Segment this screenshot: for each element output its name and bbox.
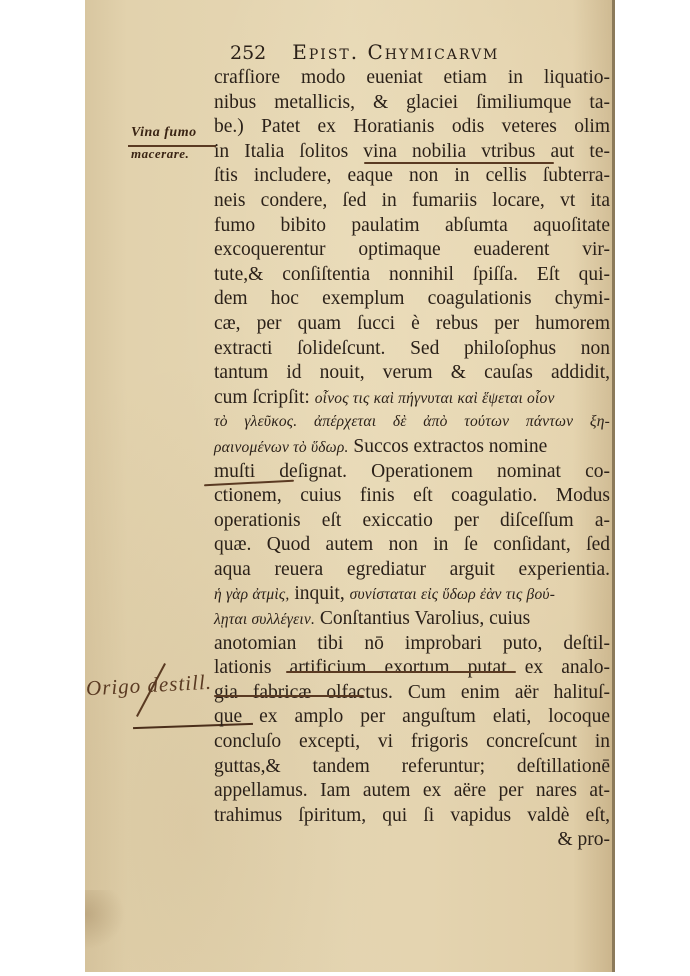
greek-quote: συνίσταται εἰς ὕδωρ ἐὰν τις βού- xyxy=(350,586,555,603)
text-line: operationis eſt exiccatio per diſceſſum … xyxy=(214,509,610,534)
text-line: cum ſcripſit: οἶνος τις καὶ πήγνυται καὶ… xyxy=(214,386,610,411)
text-line: extracti ſolideſcunt. Sed philoſophus no… xyxy=(214,337,610,362)
marginal-note-macerare: macerare. xyxy=(131,146,189,162)
greek-quote: οἶνος τις καὶ πήγνυται καὶ ἕψεται οἷον xyxy=(315,390,555,407)
running-head-title: Epist. Chymicarvm xyxy=(292,40,499,64)
greek-quote: ἡ γὰρ ἀτμὶς, xyxy=(214,586,289,603)
page-stain xyxy=(85,890,125,950)
text-line: fumo bibito paulatim abſumta aquoſitate xyxy=(214,214,610,239)
text-line: gia fabricæ olfactus. Cum enim aër halit… xyxy=(214,681,610,706)
text-line-content: cum ſcripſit: xyxy=(214,387,310,408)
text-line: trahimus ſpiritum, qui ſi vapidus valdè … xyxy=(214,804,610,829)
text-line: concluſo excepti, vi frigoris concreſcun… xyxy=(214,730,610,755)
catchword: & pro- xyxy=(214,828,610,853)
text-line-content: Conſtantius Varolius, cuius xyxy=(320,608,530,629)
text-line-content: inquit, xyxy=(294,583,344,604)
text-line: in Italia ſolitos vina nobilia vtribus a… xyxy=(214,140,610,165)
text-line: muſti deſignat. Operationem nominat co- xyxy=(214,460,610,485)
text-line: aqua reuera egrediatur arguit experienti… xyxy=(214,558,610,583)
text-line: ἡ γὰρ ἀτμὶς, inquit, συνίσταται εἰς ὕδωρ… xyxy=(214,582,610,607)
greek-line: τὸ γλεῦκος. ἀπέρχεται δὲ ἀπὸ τούτων πάντ… xyxy=(214,410,610,435)
text-line: neis condere, ſed in fumariis locare, vt… xyxy=(214,189,610,214)
text-line: lationis artificium exortum putat ex ana… xyxy=(214,656,610,681)
manuscript-strikethrough xyxy=(286,671,516,673)
text-line: crafſiore modo eueniat etiam in liquatio… xyxy=(214,66,610,91)
manuscript-strikethrough xyxy=(214,695,364,697)
text-line: quæ. Quod autem non in ſe conſidant, ſed xyxy=(214,533,610,558)
text-line-content: in Italia ſolitos vina nobilia vtribus a… xyxy=(214,141,610,162)
text-line: anotomian tibi nō improbari puto, deſtil… xyxy=(214,632,610,657)
text-line: cæ, per quam ſucci è rebus per humorem xyxy=(214,312,610,337)
greek-quote: λῃται συλλέγειν. xyxy=(214,611,315,628)
text-line: excoquerentur optimaque euaderent vir- xyxy=(214,238,610,263)
text-line: ctionem, cuius finis eſt coagulatio. Mod… xyxy=(214,484,610,509)
text-line: nibus metallicis, & glaciei ſimiliumque … xyxy=(214,91,610,116)
running-head: 252 Epist. Chymicarvm xyxy=(230,40,499,68)
text-line: guttas,& tandem referuntur; deſtillation… xyxy=(214,755,610,780)
text-line: ſtis includere, eaque non in cellis ſubt… xyxy=(214,164,610,189)
text-line: tute,& conſiſtentia nonnihil ſpiſſa. Eſt… xyxy=(214,263,610,288)
text-line: dem hoc exemplum coagulationis chymi- xyxy=(214,287,610,312)
text-line: λῃται συλλέγειν. Conſtantius Varolius, c… xyxy=(214,607,610,632)
greek-quote: ραινομένων τὸ ὕδωρ. xyxy=(214,439,349,456)
text-line-content: muſti deſignat. Operationem nominat co- xyxy=(214,461,610,482)
body-text: crafſiore modo eueniat etiam in liquatio… xyxy=(214,66,610,853)
text-line: appellamus. Iam autem ex aëre per nares … xyxy=(214,779,610,804)
text-line-content: gia fabricæ olfactus. Cum enim aër halit… xyxy=(214,682,610,703)
text-line: be.) Patet ex Horatianis odis veteres ol… xyxy=(214,115,610,140)
text-line-content: Succos extractos nomine xyxy=(353,436,547,457)
text-line-content: lationis artificium exortum putat ex ana… xyxy=(214,657,610,678)
page-number: 252 xyxy=(230,42,266,64)
marginal-note-vina-fumo: Vina fumo xyxy=(131,125,197,141)
text-line: ραινομένων τὸ ὕδωρ. Succos extractos nom… xyxy=(214,435,610,460)
text-line: que ex amplo per anguſtum elati, locoque xyxy=(214,705,610,730)
text-line: tantum id nouit, verum & cauſas addidit, xyxy=(214,361,610,386)
